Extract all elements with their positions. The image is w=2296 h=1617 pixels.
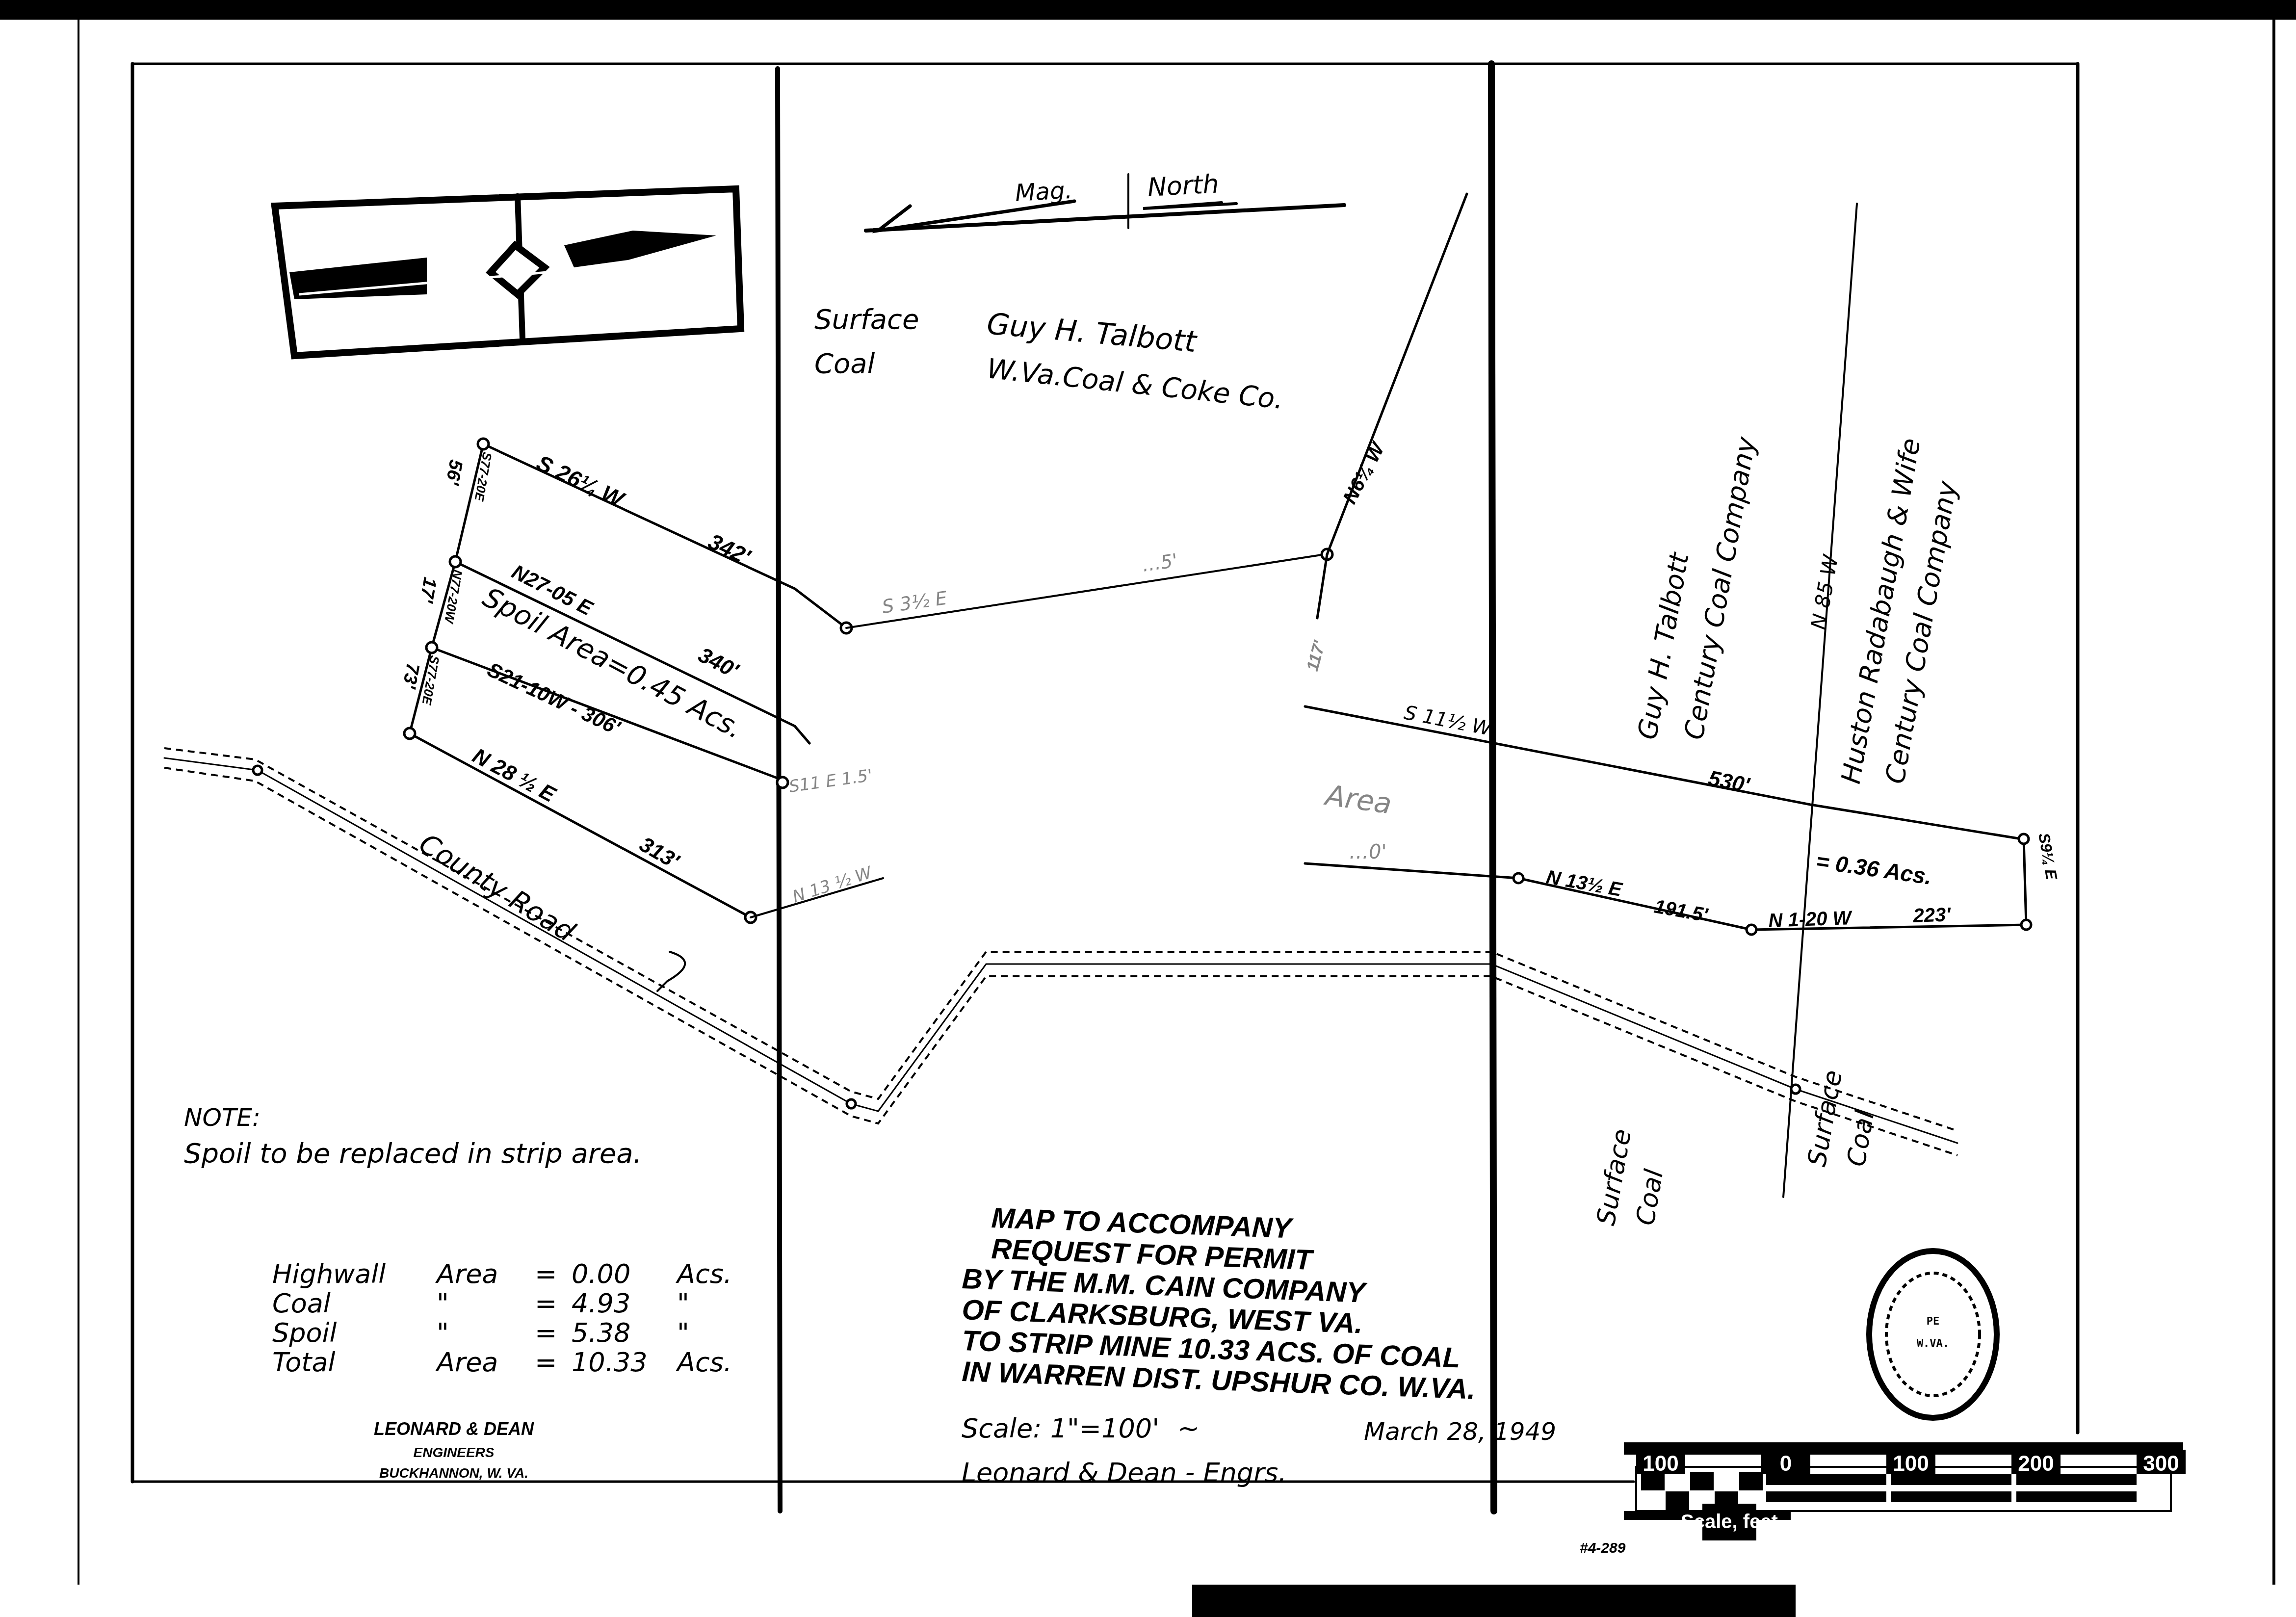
areas-table-cell: = bbox=[535, 1258, 557, 1289]
note-block: NOTE: Spoil to be replaced in strip area… bbox=[184, 1103, 642, 1170]
svg-text:NOTE:: NOTE: bbox=[184, 1103, 261, 1132]
ownership-top: Surface Coal Guy H. Talbott W.Va.Coal & … bbox=[814, 304, 1285, 416]
north-arrow-icon: Mag. North bbox=[866, 169, 1344, 231]
areas-table-cell: " bbox=[437, 1317, 449, 1348]
svg-text:17': 17' bbox=[416, 575, 441, 605]
areas-table-cell: Total bbox=[272, 1347, 336, 1378]
areas-table-cell: " bbox=[437, 1288, 449, 1319]
north-label-left: Mag. bbox=[1015, 177, 1073, 207]
areas-table-cell: Acs. bbox=[676, 1258, 732, 1289]
svg-text:Surface: Surface bbox=[814, 304, 919, 336]
svg-text:S11 E 1.5': S11 E 1.5' bbox=[788, 765, 874, 796]
svg-text:N6¼ W: N6¼ W bbox=[1339, 438, 1389, 507]
svg-text:N 85 W: N 85 W bbox=[1806, 552, 1843, 631]
svg-text:…5': …5' bbox=[1141, 549, 1179, 576]
areas-table-cell: Acs. bbox=[676, 1347, 732, 1378]
svg-text:Coal: Coal bbox=[814, 348, 875, 380]
svg-text:W.Va.Coal & Coke Co.: W.Va.Coal & Coke Co. bbox=[986, 353, 1285, 416]
areas-table-cell: Spoil bbox=[272, 1317, 337, 1348]
areas-table-cell: " bbox=[677, 1317, 689, 1348]
scale-tick-label: 0 bbox=[1780, 1452, 1792, 1476]
svg-text:PE: PE bbox=[1927, 1315, 1940, 1328]
engineer-seal-icon: PE W.VA. bbox=[1869, 1251, 1997, 1418]
areas-table-cell: Area bbox=[435, 1258, 498, 1289]
areas-table-cell: 0.00 bbox=[572, 1258, 630, 1289]
fold-line bbox=[778, 69, 780, 1511]
title-block: Scale: 1"=100' ~ March 28, 1949 Leonard … bbox=[962, 1202, 1557, 1488]
areas-table: HighwallArea=0.00Acs.Coal"=4.93"Spoil"=5… bbox=[272, 1258, 732, 1378]
areas-table-cell: = bbox=[535, 1347, 557, 1378]
ownership-right: Guy H. Talbott Century Coal Company Hust… bbox=[1592, 434, 1963, 1227]
svg-text:73': 73' bbox=[398, 661, 423, 691]
svg-text:Spoil to be replaced in strip: Spoil to be replaced in strip area. bbox=[184, 1138, 642, 1170]
areas-table-cell: = bbox=[535, 1288, 557, 1319]
svg-text:S9¼ E: S9¼ E bbox=[2035, 832, 2061, 882]
svg-text:ENGINEERS: ENGINEERS bbox=[414, 1445, 495, 1460]
road-label: County Road bbox=[414, 828, 580, 948]
county-road: County Road bbox=[164, 748, 1957, 1155]
engineers-text: Leonard & Dean - Engrs. bbox=[962, 1457, 1287, 1488]
svg-text:Guy H. Talbott: Guy H. Talbott bbox=[986, 307, 1199, 359]
scale-tick-label: 200 bbox=[2018, 1452, 2054, 1476]
svg-text:223': 223' bbox=[1912, 904, 1952, 927]
engineers-stamp: LEONARD & DEAN ENGINEERS BUCKHANNON, W. … bbox=[374, 1419, 534, 1481]
areas-table-cell: Highwall bbox=[272, 1258, 386, 1289]
areas-table-cell: " bbox=[677, 1288, 689, 1319]
areas-table-cell: Area bbox=[435, 1347, 498, 1378]
svg-text:Surface: Surface bbox=[1802, 1068, 1848, 1169]
svg-text:117': 117' bbox=[1303, 638, 1329, 673]
svg-text:191.5': 191.5' bbox=[1652, 896, 1710, 927]
svg-text:BUCKHANNON, W. VA.: BUCKHANNON, W. VA. bbox=[379, 1465, 528, 1481]
areas-table-cell: 10.33 bbox=[572, 1347, 648, 1378]
svg-text:340': 340' bbox=[694, 643, 742, 683]
svg-text:Coal: Coal bbox=[1842, 1108, 1880, 1169]
svg-text:LEONARD & DEAN: LEONARD & DEAN bbox=[374, 1419, 534, 1439]
svg-text:~: ~ bbox=[1177, 1413, 1200, 1444]
survey-map: Mag. North Surface Coal Guy H. Talbott W… bbox=[0, 0, 2296, 1617]
svg-text:Coal: Coal bbox=[1631, 1167, 1670, 1228]
area-0-36-label: = 0.36 Acs. bbox=[1815, 848, 1933, 889]
svg-text:W.VA.: W.VA. bbox=[1917, 1337, 1949, 1350]
svg-text:N 13½ E: N 13½ E bbox=[1544, 866, 1624, 901]
date-text: March 28, 1949 bbox=[1364, 1417, 1556, 1446]
areas-table-cell: 5.38 bbox=[572, 1317, 630, 1348]
scale-caption: Scale, feet bbox=[1681, 1511, 1778, 1533]
scale-tick-label: 300 bbox=[2143, 1452, 2179, 1476]
svg-text:N 28 ½ E: N 28 ½ E bbox=[469, 744, 560, 808]
svg-text:56': 56' bbox=[442, 458, 467, 487]
svg-text:Century Coal Company: Century Coal Company bbox=[1678, 434, 1762, 742]
areas-table-cell: Coal bbox=[272, 1288, 331, 1319]
bottom-strip bbox=[1192, 1585, 1796, 1617]
file-reference: #4-289 bbox=[1580, 1540, 1626, 1556]
areas-table-cell: 4.93 bbox=[572, 1288, 630, 1319]
svg-text:530': 530' bbox=[1706, 766, 1752, 798]
strip-area-parcel: S 3½ E …5' S11 E 1.5' N 13 ½ W N6¼ W 117… bbox=[751, 194, 2061, 935]
north-label-right: North bbox=[1147, 169, 1220, 203]
property-lines: N 85 W bbox=[1783, 204, 1857, 1197]
svg-text:…0': …0' bbox=[1349, 841, 1386, 863]
areas-table-cell: = bbox=[535, 1317, 557, 1348]
scale-text: Scale: 1"=100' bbox=[962, 1413, 1159, 1444]
fold-line bbox=[1491, 64, 1494, 1511]
scale-bar: 1000100200300 Scale, feet bbox=[1624, 1442, 2186, 1540]
svg-text:S 26¼ W: S 26¼ W bbox=[533, 450, 629, 513]
svg-text:342': 342' bbox=[704, 528, 755, 570]
svg-text:N 1-20 W: N 1-20 W bbox=[1768, 907, 1853, 932]
compass-banner-icon bbox=[275, 189, 741, 356]
scale-tick-label: 100 bbox=[1893, 1452, 1929, 1476]
svg-text:Surface: Surface bbox=[1592, 1127, 1637, 1228]
strip-area-label: Area bbox=[1322, 778, 1394, 821]
svg-text:N 13 ½ W: N 13 ½ W bbox=[790, 862, 875, 907]
